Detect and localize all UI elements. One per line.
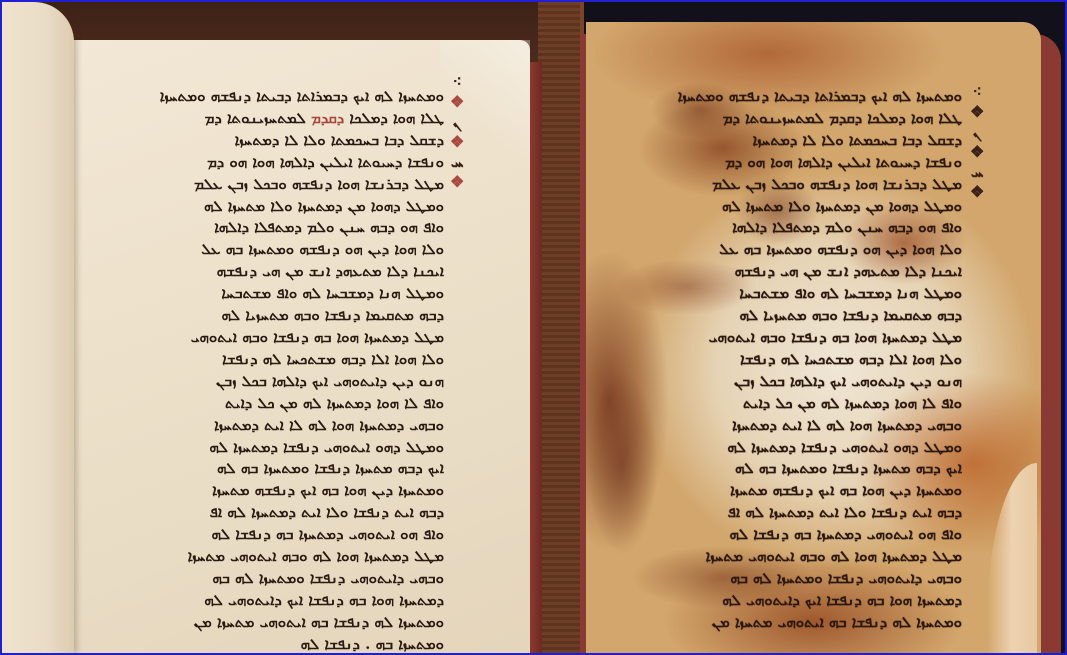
word: ܕܡ: [205, 109, 222, 127]
left-syriac-text-block: ܘܡܬܚܙܐ ܠܗ ܐܝܟ ܕܒܡܪܐܬܐ ܕܒܝܬܐ ܕܢܦܫܗ ܘܡܬܚܙܐ…: [92, 86, 444, 653]
manuscript-line: ܘܒܗܝ ܕܐܝܬܘܗܝ ܕܢܦܫܐ ܘܡܬܚܙܐ ܠܗ ܒܗ: [614, 568, 962, 590]
manuscript-line: ܘܒܗܝ ܕܡܬܚܙܐ ܗܘܐ ܠܗ ܠܐ ܐܝܬ ܕܡܬܚܙܐ: [614, 415, 962, 437]
manuscript-line: ܐܝܟ ܕܒܗ ܡܬܚܙܐ ܕܢܦܫܐ ܘܡܬܚܙܐ ܒܗ ܠܗ: [614, 458, 962, 480]
manuscript-line: ܘܠܐ ܗܘܐ ܐܠܐ ܕܒܗ ܡܫܬܟܚܐ ܠܗ ܕܢܦܫܐ: [92, 349, 444, 371]
manuscript-line: ܕܫܩܠ ܕܒܐ ܒܚܟܡܬܐ ܘܠܐ ܠܐ ܕܡܬܚܙܐ: [92, 130, 444, 152]
wood-surface: [538, 2, 580, 653]
manuscript-line: ܡܛܠ ܕܡܬܚܙܐ ܗܘܐ ܒܗ ܕܢܦܫܐ ܘܒܗ ܐܝܬܘܗܝ: [614, 327, 962, 349]
glyph-bar-icon: ܢ: [973, 124, 982, 140]
manuscript-line: ܘܐܦ ܗܘ ܐܝܬܘܗܝ ܕܡܬܚܙܐ ܒܗ ܕܢܦܫܐ ܠܗ: [614, 524, 962, 546]
red-knot-icon: ❖: [450, 94, 464, 110]
right-syriac-text-block: ܘܡܬܚܙܐ ܠܗ ܐܝܟ ܕܒܡܪܐܬܐ ܕܒܝܬܐ ܕܢܦܫܗ ܘܡܬܚܙܐ…: [614, 86, 962, 634]
left-marginal-ornament: ⁖❖ܢ❖ܚ❖: [450, 74, 464, 190]
page-curl: [987, 463, 1037, 653]
manuscript-line: ܕܒܗ ܡܬܩܝܡܐ ܕܢܦܫܐ ܘܒܗ ܡܬܚܙܝܐ ܠܗ: [614, 305, 962, 327]
manuscript-line: ܗܢܘ ܕܝܢ ܕܐܝܬܘܗܝ ܐܝܟ ܕܐܠܗܐ ܒܟܠ ܙܒܢ: [92, 371, 444, 393]
glyph-bar-icon: ܢ: [453, 114, 462, 130]
manuscript-line: ܘܡܬܚܙܐ ܠܗ ܕܢܦܫܐ ܒܗ ܐܝܬܘܗܝ ܡܬܚܙܐ ܡܢ: [614, 612, 962, 634]
manuscript-line: ܘܡܛܠ ܕܗܘ ܐܝܬܘܗܝ ܕܢܦܫܐ ܕܡܬܚܙܐ ܠܗ: [92, 437, 444, 459]
manuscript-line: ܕܡܬܚܙܐ ܗܘܐ ܒܗ ܕܢܦܫܐ ܐܝܟ ܕܐܝܬܘܗܝ ܠܗ: [92, 590, 444, 612]
manuscript-line: ܘܡܛܠ ܕܗܘ ܐܝܬܘܗܝ ܕܢܦܫܐ ܕܡܬܚܙܐ ܠܗ: [614, 437, 962, 459]
manuscript-line: ܘܒܗܝ ܕܐܝܬܘܗܝ ܕܢܦܫܐ ܘܡܬܚܙܐ ܠܗ ܒܗ: [92, 568, 444, 590]
manuscript-line: ܘܐܦ ܗܘ ܐܝܬܘܗܝ ܕܡܬܚܙܐ ܒܗ ܕܢܦܫܐ ܠܗ: [92, 524, 444, 546]
manuscript-line: ܐܝܟܢܐ ܕܠܐ ܡܬܥܗܕ ܐܢܫ ܡܢ ܗܝ ܕܢܦܫܗ: [92, 261, 444, 283]
dark-knot-icon: ❖: [970, 104, 984, 120]
manuscript-line: ܘܢܦܫܐ ܕܚܝܘܬܐ ܐܝܠܝܢ ܕܐܠܗܐ ܗܘܐ ܗܘ ܕܡ: [92, 152, 444, 174]
manuscript-line: ܕܒܗ ܐܝܬ ܕܢܦܫܐ ܘܠܐ ܐܝܬ ܕܡܬܚܙܐ ܠܗ ܐܦ: [614, 502, 962, 524]
manuscript-line: ܘܠܐ ܗܘܐ ܐܠܐ ܕܒܗ ܡܫܬܟܚܐ ܠܗ ܕܢܦܫܐ: [614, 349, 962, 371]
dark-knot-icon: ❖: [970, 144, 984, 160]
stained-manuscript-page: ܘܡܬܚܙܐ ܠܗ ܐܝܟ ܕܒܡܪܐܬܐ ܕܒܝܬܐ ܕܢܦܫܗ ܘܡܬܚܙܐ…: [586, 22, 1041, 653]
word: ܗܘܐ: [388, 109, 416, 127]
manuscript-line: ܘܐܦ ܠܐ ܗܘܐ ܕܡܬܚܙܐ ܠܗ ܡܢ ܟܠ ܕܐܝܬ: [614, 393, 962, 415]
manuscript-line: ܘܡܬܚܙܐ ܒܗ . ܕܢܦܫܐ ܠܗ: [92, 634, 444, 653]
manuscript-line: ܘܐܦ ܗܘ ܕܒܗ ܚܢܢ ܘܠܡ ܕܡܬܦܠܐ ܕܐܠܗܐ: [92, 217, 444, 239]
rubric-word: ܕܩܕܡ: [306, 109, 344, 127]
manuscript-line: ܛܠܐ ܗܘܐ ܕܡܠܟܐ ܕܩܕܡ ܠܡܬܚܙܝܢܘܬܐ ܕܡ: [614, 108, 962, 130]
manuscript-line: ܕܒܗ ܐܝܬ ܕܢܦܫܐ ܘܠܐ ܐܝܬ ܕܡܬܚܙܐ ܠܗ ܐܦ: [92, 502, 444, 524]
word: ܛܠܐ: [415, 109, 444, 127]
manuscript-line: ܘܡܛܠ ܗܢܐ ܕܡܫܒܚܐ ܠܗ ܘܐܦ ܡܫܬܒܚܐ: [614, 283, 962, 305]
manuscript-line: ܕܒܗ ܡܬܩܝܡܐ ܕܢܦܫܐ ܘܒܗ ܡܬܚܙܝܐ ܠܗ: [92, 305, 444, 327]
word: ܕܡܠܟܐ: [344, 109, 388, 127]
turned-page-edge: [2, 2, 74, 653]
glyph-hook-icon: ܚ: [451, 154, 464, 170]
manuscript-line: ܐܝܟܢܐ ܕܠܐ ܡܬܥܗܕ ܐܢܫ ܡܢ ܗܝ ܕܢܦܫܗ: [614, 261, 962, 283]
manuscript-line: ܛܠܐ ܗܘܐ ܕܡܠܟܐ ܕܩܕܡ ܠܡܬܚܙܝܢܘܬܐ ܕܡ: [92, 108, 444, 130]
manuscript-line: ܘܡܛܠ ܕܗܘܐ ܡܢ ܕܡܬܚܙܐ ܘܠܐ ܡܬܚܙܐ ܠܗ: [614, 196, 962, 218]
manuscript-line: ܘܡܬܚܙܐ ܠܗ ܐܝܟ ܕܒܡܪܐܬܐ ܕܒܝܬܐ ܕܢܦܫܗ ܘܡܬܚܙܐ: [92, 86, 444, 108]
manuscript-line: ܘܡܬܚܙܐ ܠܗ ܐܝܟ ܕܒܡܪܐܬܐ ܕܒܝܬܐ ܕܢܦܫܗ ܘܡܬܚܙܐ: [614, 86, 962, 108]
manuscript-line: ܘܡܛܠ ܗܢܐ ܕܡܫܒܚܐ ܠܗ ܘܐܦ ܡܫܬܒܚܐ: [92, 283, 444, 305]
red-knot-icon: ❖: [450, 174, 464, 190]
ornament-dots-icon: ⁖: [452, 74, 461, 90]
manuscript-line: ܘܢܦܫܐ ܕܚܝܘܬܐ ܐܝܠܝܢ ܕܐܠܗܐ ܗܘܐ ܗܘ ܕܡ: [614, 152, 962, 174]
manuscript-line: ܘܐܦ ܠܐ ܗܘܐ ܕܡܬܚܙܐ ܠܗ ܡܢ ܟܠ ܕܐܝܬ: [92, 393, 444, 415]
manuscript-line: ܘܡܬܚܙܐ ܕܝܢ ܗܘܐ ܒܗ ܐܝܟ ܕܢܦܫܗ ܡܬܚܙܐ: [92, 480, 444, 502]
left-manuscript-photo: ܘܡܬܚܙܐ ܠܗ ܐܝܟ ܕܒܡܪܐܬܐ ܕܒܝܬܐ ܕܢܦܫܗ ܘܡܬܚܙܐ…: [2, 2, 580, 653]
manuscript-line: ܕܡܬܚܙܐ ܗܘܐ ܒܗ ܕܢܦܫܐ ܐܝܟ ܕܐܝܬܘܗܝ ܠܗ: [614, 590, 962, 612]
manuscript-line: ܘܡܛܠ ܕܗܘܐ ܡܢ ܕܡܬܚܙܐ ܘܠܐ ܡܬܚܙܐ ܠܗ: [92, 196, 444, 218]
manuscript-line: ܘܒܗܝ ܕܡܬܚܙܐ ܗܘܐ ܠܗ ܠܐ ܐܝܬ ܕܡܬܚܙܐ: [92, 415, 444, 437]
right-manuscript-photo: ܘܡܬܚܙܐ ܠܗ ܐܝܟ ܕܒܡܪܐܬܐ ܕܒܝܬܐ ܕܢܦܫܗ ܘܡܬܚܙܐ…: [580, 2, 1065, 653]
book-cover-edge: [530, 62, 542, 653]
image-frame: ܘܡܬܚܙܐ ܠܗ ܐܝܟ ܕܒܡܪܐܬܐ ܕܒܝܬܐ ܕܢܦܫܗ ܘܡܬܚܙܐ…: [0, 0, 1067, 655]
ornament-dots-icon: ⁖: [972, 84, 981, 100]
manuscript-line: ܘܐܦ ܗܘ ܕܒܗ ܚܢܢ ܘܠܡ ܕܡܬܦܠܐ ܕܐܠܗܐ: [614, 217, 962, 239]
manuscript-line: ܡܛܠ ܕܒܪܢܫܐ ܗܘܐ ܕܢܦܫܗ ܘܒܟܠ ܙܒܢ ܥܠܡ: [614, 174, 962, 196]
manuscript-line: ܘܡܬܚܙܐ ܕܝܢ ܗܘܐ ܒܗ ܐܝܟ ܕܢܦܫܗ ܡܬܚܙܐ: [614, 480, 962, 502]
manuscript-line: ܡܛܠ ܕܡܬܚܙܐ ܗܘܐ ܠܗ ܘܒܗ ܐܝܬܘܗܝ ܡܬܚܙܐ: [614, 546, 962, 568]
dark-knot-icon: ❖: [970, 184, 984, 200]
manuscript-line: ܗܢܘ ܕܝܢ ܕܐܝܬܘܗܝ ܐܝܟ ܕܐܠܗܐ ܒܟܠ ܙܒܢ: [614, 371, 962, 393]
manuscript-line: ܡܛܠ ܕܡܬܚܙܐ ܗܘܐ ܠܗ ܘܒܗ ܐܝܬܘܗܝ ܡܬܚܙܐ: [92, 546, 444, 568]
manuscript-line: ܘܠܐ ܗܘܐ ܕܝܢ ܗܘ ܕܢܦܫܗ ܘܡܬܚܙܐ ܒܗ ܥܠ: [614, 239, 962, 261]
manuscript-line: ܕܫܩܠ ܕܒܐ ܒܚܟܡܬܐ ܘܠܐ ܠܐ ܕܡܬܚܙܐ: [614, 130, 962, 152]
glyph-hook-icon: ܚ: [971, 164, 984, 180]
manuscript-line: ܡܛܠ ܕܡܬܚܙܐ ܗܘܐ ܒܗ ܕܢܦܫܐ ܘܒܗ ܐܝܬܘܗܝ: [92, 327, 444, 349]
manuscript-line: ܘܡܬܚܙܐ ܠܗ ܕܢܦܫܐ ܒܗ ܐܝܬܘܗܝ ܡܬܚܙܐ ܡܢ: [92, 612, 444, 634]
word: ܠܡܬܚܙܝܢܘܬܐ: [222, 109, 306, 127]
right-marginal-ornament: ⁖❖ܢ❖ܚ❖: [970, 84, 984, 200]
manuscript-line: ܐܝܟ ܕܒܗ ܡܬܚܙܐ ܕܢܦܫܐ ܘܡܬܚܙܐ ܒܗ ܠܗ: [92, 458, 444, 480]
manuscript-line: ܡܛܠ ܕܒܪܢܫܐ ܗܘܐ ܕܢܦܫܗ ܘܒܟܠ ܙܒܢ ܥܠܡ: [92, 174, 444, 196]
red-knot-icon: ❖: [450, 134, 464, 150]
manuscript-line: ܘܠܐ ܗܘܐ ܕܝܢ ܗܘ ܕܢܦܫܗ ܘܡܬܚܙܐ ܒܗ ܥܠ: [92, 239, 444, 261]
